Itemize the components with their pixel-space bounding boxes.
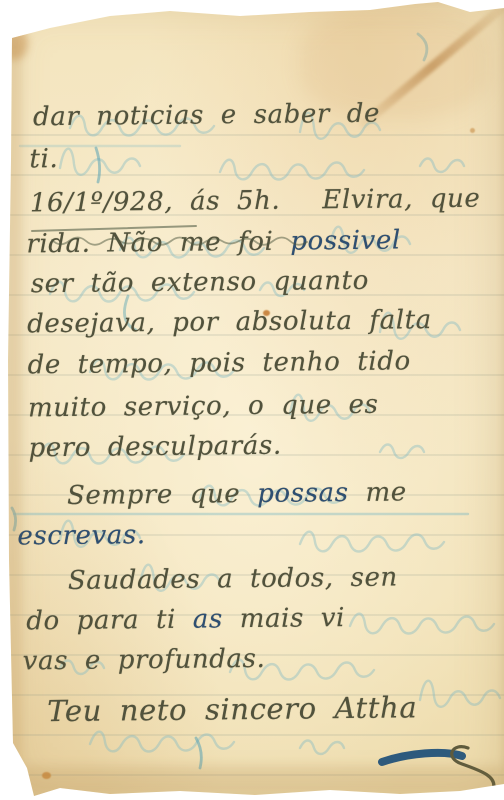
letter-line: Teu neto sincero Attha [47,690,417,728]
letter-line: 16/1º/928, ás 5h.Elvira, que [30,184,481,219]
letter-text-segment: rida. Não me foi [26,227,290,260]
letter-text-segment: mais vi [223,603,345,634]
letter-text-segment: de tempo, pois tenho tido [27,346,410,380]
letter-line: escrevas. [17,520,146,551]
letter-text-segment: me [348,477,406,508]
letter-text-segment: Attha [334,690,417,725]
letter-text-segment: as [193,604,223,634]
letter-line: vas e profundas. [23,644,266,677]
letter-text-segment: muito serviço, o que es [28,390,379,424]
letter-text-segment: desejava, por absoluta falta [27,305,432,339]
letter-text-segment: escrevas. [17,520,146,551]
letter-text-segment: Teu neto sincero [47,691,335,728]
letter-page: dar noticias e saber deti.16/1º/928, ás … [0,0,504,800]
letter-text-segment: do para ti [26,605,193,637]
letter-text-segment: 16/1º/928, ás 5h. [30,186,281,219]
letter-text-segment: Saudades a todos, sen [68,562,398,595]
letter-text-segment: ti. [29,144,58,174]
letter-line: rida. Não me foi possivel [26,225,401,259]
letter-line: do para ti as mais vi [26,603,345,636]
letter-line: Saudades a todos, sen [68,562,398,595]
letter-line: ti. [29,144,58,174]
letter-text-segment: possas [257,478,349,509]
letter-text-segment: ser tão extenso quanto [31,266,369,300]
letter-line: pero desculparás. [28,431,282,464]
letter-line: Sempre que possas me [67,477,407,511]
paper-stain [24,2,39,12]
letter-text-segment: Sempre que [67,479,258,511]
letter-text-segment: pero desculparás. [28,431,282,464]
letter-line: de tempo, pois tenho tido [27,346,410,380]
letter-line: ser tão extenso quanto [31,266,369,300]
letter-text-segment: Elvira, que [322,184,480,216]
letter-text-segment: vas e profundas. [23,644,266,677]
letter-text-segment: possivel [290,225,401,256]
photo-canvas: dar noticias e saber deti.16/1º/928, ás … [0,0,504,800]
letter-line: desejava, por absoluta falta [27,305,432,339]
letter-line: muito serviço, o que es [28,390,379,424]
letter-text-segment: dar noticias e saber de [33,99,380,133]
letter-lines: dar noticias e saber deti.16/1º/928, ás … [0,0,504,800]
letter-line: dar noticias e saber de [33,99,380,133]
